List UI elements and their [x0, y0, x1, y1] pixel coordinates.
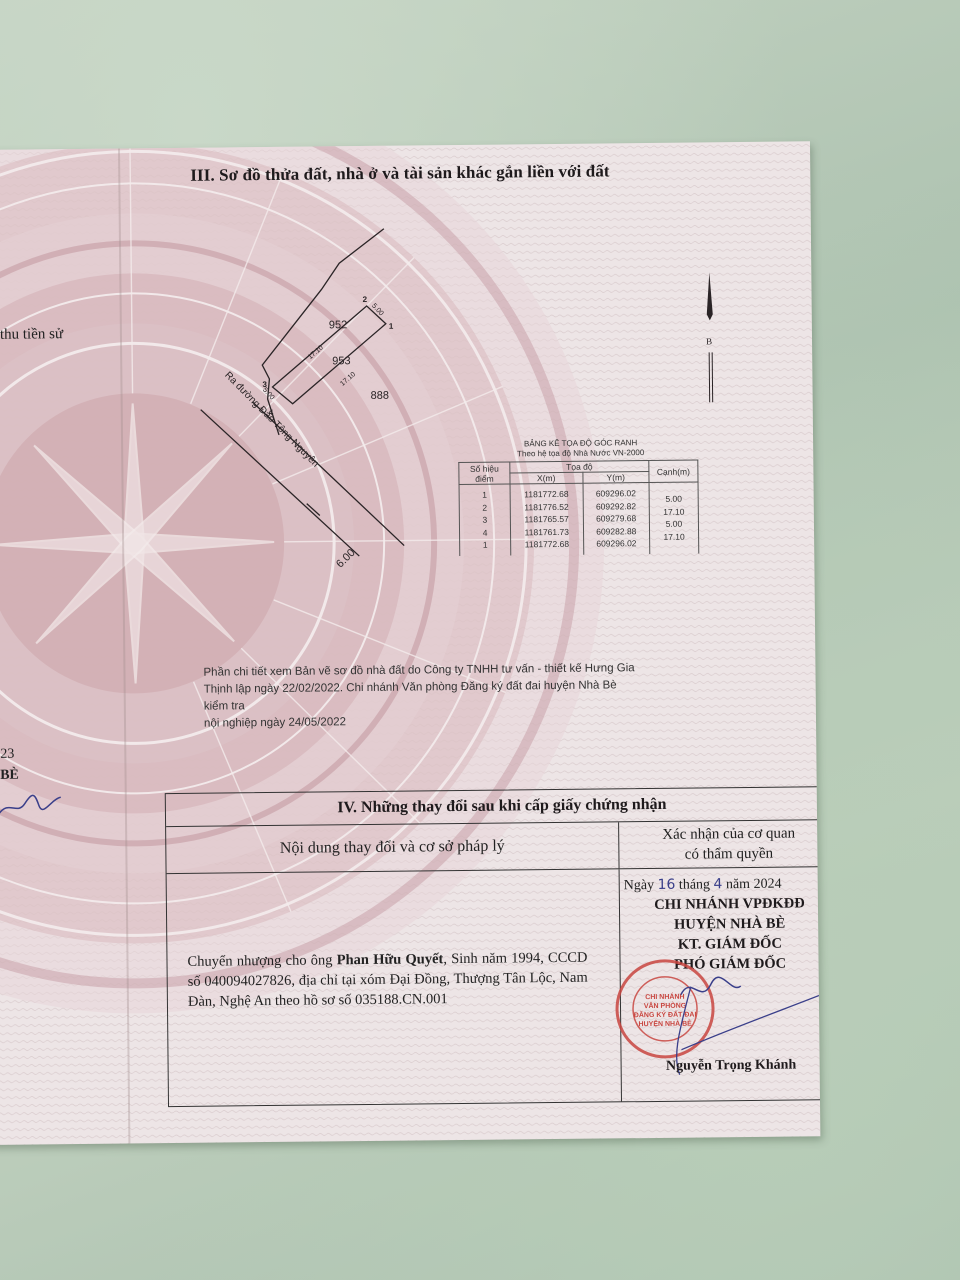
land-certificate-page: thu tiền sử 2023 À BÈ III. Sơ đồ thửa đấ… [0, 141, 820, 1145]
parcel-952: 952 [329, 319, 347, 331]
detail-note: Phần chi tiết xem Bản vẽ sơ đồ nhà đất d… [203, 660, 644, 733]
svg-text:B: B [706, 336, 712, 346]
signer-name: Nguyễn Trọng Khánh [622, 1057, 821, 1075]
confirmation-cell: Ngày 16 tháng 4 năm 2024 CHI NHÁNH VPĐKĐ… [620, 867, 821, 1101]
svg-text:2: 2 [363, 295, 368, 304]
parcel-888: 888 [371, 390, 389, 402]
parcel-953: 953 [332, 355, 350, 367]
svg-text:17.10: 17.10 [339, 371, 357, 388]
road-width: 6.00 [334, 547, 358, 571]
buyer-name: Phan Hữu Quyết [337, 951, 444, 968]
col-confirmation-header: Xác nhận của cơ quan có thẩm quyền [619, 820, 820, 868]
changes-table: IV. Những thay đổi sau khi cấp giấy chứn… [165, 786, 821, 1107]
svg-text:1: 1 [389, 322, 394, 331]
confirmation-date: Ngày 16 tháng 4 năm 2024 [624, 876, 782, 895]
road-label: Ra đường Đào Tông Nguyên [222, 370, 321, 470]
transfer-entry: Chuyển nhượng cho ông Phan Hữu Quyết, Si… [187, 948, 588, 1012]
north-arrow-icon: B [699, 272, 720, 402]
svg-text:17.10: 17.10 [307, 344, 325, 361]
coordinate-table: BẢNG KÊ TỌA ĐỘ GÓC RANH Theo hệ tọa độ N… [458, 437, 704, 555]
col-change-content-header: Nội dung thay đổi và cơ sở pháp lý [166, 822, 619, 873]
